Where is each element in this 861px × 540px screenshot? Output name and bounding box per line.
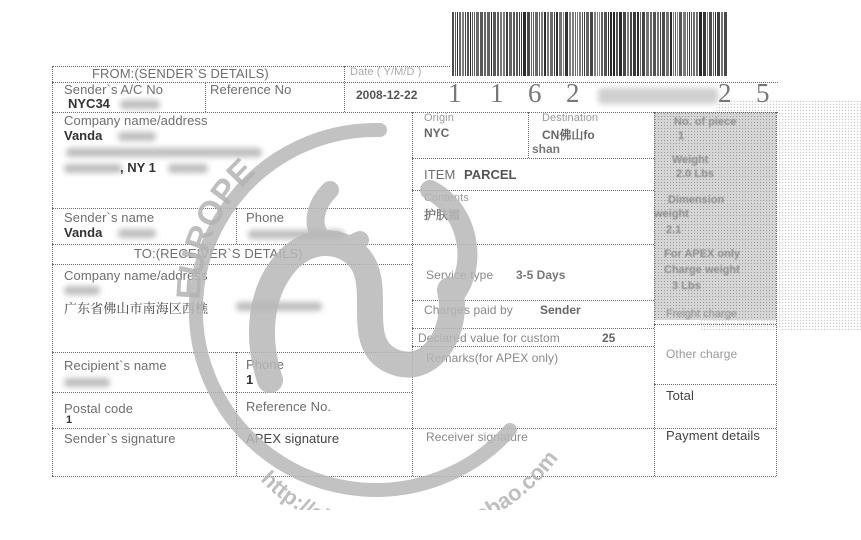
barcode-bar [721, 12, 723, 76]
barcode-bar [487, 12, 490, 76]
barcode-bar [653, 12, 656, 76]
redacted-company [118, 132, 156, 141]
charges-paid-label: Charges paid by [424, 303, 513, 317]
postal-code-value: 1 [66, 414, 72, 426]
barcode-bar [535, 12, 538, 76]
barcode-bar [687, 12, 688, 76]
redacted-barcode-digits [598, 88, 718, 104]
from-section-title: FROM:(SENDER`S DETAILS) [92, 66, 269, 81]
declared-value: 25 [602, 331, 615, 345]
barcode-bar [597, 12, 598, 76]
sender-name-label: Sender`s name [64, 210, 154, 225]
payment-details-label: Payment details [666, 428, 760, 443]
barcode-bar [619, 12, 622, 76]
barcode-bar [594, 12, 596, 76]
barcode-bar [521, 12, 522, 76]
barcode-bar [493, 12, 496, 76]
barcode-bar [683, 12, 686, 76]
barcode-bar [476, 12, 479, 76]
barcode-bar [503, 12, 505, 76]
barcode-bar [579, 12, 581, 76]
redacted-recipient-name [64, 378, 110, 387]
barcode-bar [457, 12, 458, 76]
barcode-bar [633, 12, 636, 76]
for-apex-only-label: For APEX only [664, 248, 740, 260]
barcode-bar [693, 12, 695, 76]
barcode-bar [497, 12, 499, 76]
barcode-bar [660, 12, 661, 76]
barcode-bar [657, 12, 659, 76]
barcode-bar [679, 12, 682, 76]
barcode-bar [613, 12, 615, 76]
sender-company-value: Vanda [64, 128, 102, 143]
contents-label: Contents [424, 192, 469, 204]
barcode-bar [630, 12, 632, 76]
barcode [452, 12, 774, 76]
barcode-bar [640, 12, 641, 76]
barcode-bar [491, 12, 492, 76]
dimension-label-cont: weight [654, 208, 689, 220]
apex-signature-label: APEX signature [246, 431, 339, 446]
service-type-label: Service type [426, 268, 493, 282]
sender-company-label: Company name/address [64, 113, 208, 128]
barcode-bar [703, 12, 706, 76]
sender-address-line2: , NY 1 [120, 160, 156, 175]
destination-label: Destination [542, 112, 598, 124]
barcode-bar [599, 12, 600, 76]
barcode-bar [590, 12, 593, 76]
barcode-bar [699, 12, 702, 76]
barcode-bar [470, 12, 471, 76]
barcode-bar [689, 12, 690, 76]
barcode-bar [707, 12, 708, 76]
barcode-bar [519, 12, 520, 76]
barcode-bar [572, 12, 574, 76]
barcode-bar [623, 12, 626, 76]
contents-value: 护肤霜 [424, 206, 460, 223]
receiver-reference-label: Reference No. [246, 399, 331, 414]
origin-value: NYC [424, 126, 449, 140]
barcode-bar [670, 12, 672, 76]
barcode-bar [650, 12, 652, 76]
barcode-bar [673, 12, 674, 76]
barcode-bar [455, 12, 456, 76]
redacted-sender-phone [248, 230, 344, 239]
sender-name-value: Vanda [64, 225, 102, 240]
barcode-bar [523, 12, 526, 76]
barcode-bar [527, 12, 530, 76]
barcode-bar [724, 12, 727, 76]
barcode-bar [677, 12, 678, 76]
receiver-section-title: TO:(RECEIVER`S DETAILS) [134, 246, 303, 261]
declared-value-label: Declared value for custom [418, 331, 560, 345]
freight-charge-label: Freight charge [666, 308, 737, 320]
barcode-bar [462, 12, 464, 76]
barcode-bar [577, 12, 578, 76]
barcode-bar [513, 12, 515, 76]
charge-weight-label: Charge weight [664, 264, 740, 276]
barcode-bar [584, 12, 585, 76]
redacted-zip [168, 164, 208, 173]
barcode-bar [569, 12, 571, 76]
watermark-url: http://shop35747525.taobao.com [256, 445, 562, 510]
sender-signature-label: Sender`s signature [64, 431, 176, 446]
barcode-bar [465, 12, 466, 76]
redacted-ac [120, 100, 160, 109]
weight-value: 2.0 Lbs [676, 168, 714, 180]
barcode-bar [637, 12, 639, 76]
barcode-bar [662, 12, 665, 76]
barcode-bar [575, 12, 576, 76]
barcode-bar [480, 12, 483, 76]
barcode-bar [604, 12, 607, 76]
charge-weight-value: 3 Lbs [672, 280, 701, 292]
destination-value-cont: shan [532, 142, 560, 156]
receiver-phone-label: Phone [246, 357, 284, 372]
barcode-bar [696, 12, 698, 76]
barcode-bar [675, 12, 676, 76]
receiver-company-label: Company name/address [64, 268, 208, 283]
barcode-bar [627, 12, 629, 76]
barcode-bar [582, 12, 583, 76]
barcode-bar [539, 12, 540, 76]
origin-label: Origin [424, 112, 454, 124]
barcode-bar [554, 12, 555, 76]
sender-phone-label: Phone [246, 210, 284, 225]
barcode-bar [544, 12, 546, 76]
barcode-bar [586, 12, 589, 76]
weight-label: Weight [672, 154, 708, 166]
service-type-value: 3-5 Days [516, 268, 565, 282]
barcode-bar [506, 12, 508, 76]
barcode-bar [717, 12, 720, 76]
total-label: Total [666, 388, 694, 403]
barcode-bar [547, 12, 549, 76]
sender-ac-label: Sender`s A/C No [64, 82, 163, 97]
remarks-label: Remarks(for APEX only) [426, 351, 558, 365]
destination-value: CN佛山fo [542, 126, 595, 143]
date-label: Date ( Y/M/D ) [350, 66, 422, 78]
charges-paid-value: Sender [540, 303, 581, 317]
barcode-bar [556, 12, 558, 76]
item-value: PARCEL [464, 167, 516, 182]
item-label: ITEM [424, 167, 455, 182]
pieces-value: 1 [678, 130, 684, 142]
receiver-signature-label: Receiver signature [426, 430, 528, 444]
barcode-bar [472, 12, 473, 76]
receiver-address: 广东省佛山市南海区西樵 [64, 298, 208, 317]
barcode-bar [646, 12, 649, 76]
barcode-bar [516, 12, 518, 76]
dimension-value: 2.1 [666, 224, 681, 236]
barcode-bar [467, 12, 469, 76]
barcode-bar [509, 12, 512, 76]
barcode-bar [459, 12, 461, 76]
barcode-bar [565, 12, 568, 76]
barcode-bar [691, 12, 692, 76]
recipient-name-label: Recipient`s name [64, 358, 167, 373]
postal-code-label: Postal code [64, 401, 133, 416]
redacted-receiver-company [64, 286, 100, 295]
barcode-bar [541, 12, 543, 76]
barcode-bar [531, 12, 532, 76]
redacted-address-line1 [66, 148, 262, 157]
receiver-phone-value: 1 [246, 372, 253, 387]
barcode-bar [452, 12, 454, 76]
barcode-bar [713, 12, 714, 76]
barcode-bar [563, 12, 564, 76]
barcode-bar [642, 12, 645, 76]
barcode-bar [484, 12, 486, 76]
dimension-label: Dimension [668, 194, 724, 206]
barcode-bar [608, 12, 609, 76]
barcode-bar [601, 12, 603, 76]
sender-ac-value: NYC34 [68, 96, 110, 111]
barcode-bar [666, 12, 669, 76]
pieces-label: No. of piece [674, 116, 736, 128]
sender-reference-label: Reference No [210, 82, 291, 97]
redacted-sender-name [118, 229, 156, 238]
barcode-bar [500, 12, 502, 76]
barcode-bar [610, 12, 612, 76]
barcode-bar [709, 12, 712, 76]
other-charge-label: Other charge [666, 347, 737, 361]
barcode-bar [474, 12, 475, 76]
barcode-bar [533, 12, 534, 76]
barcode-bar [616, 12, 618, 76]
date-value: 2008-12-22 [356, 88, 417, 102]
barcode-bar [559, 12, 562, 76]
barcode-bar [550, 12, 553, 76]
redacted-receiver-address [236, 302, 322, 311]
redacted-address-line2a [64, 164, 122, 173]
barcode-bar [715, 12, 716, 76]
